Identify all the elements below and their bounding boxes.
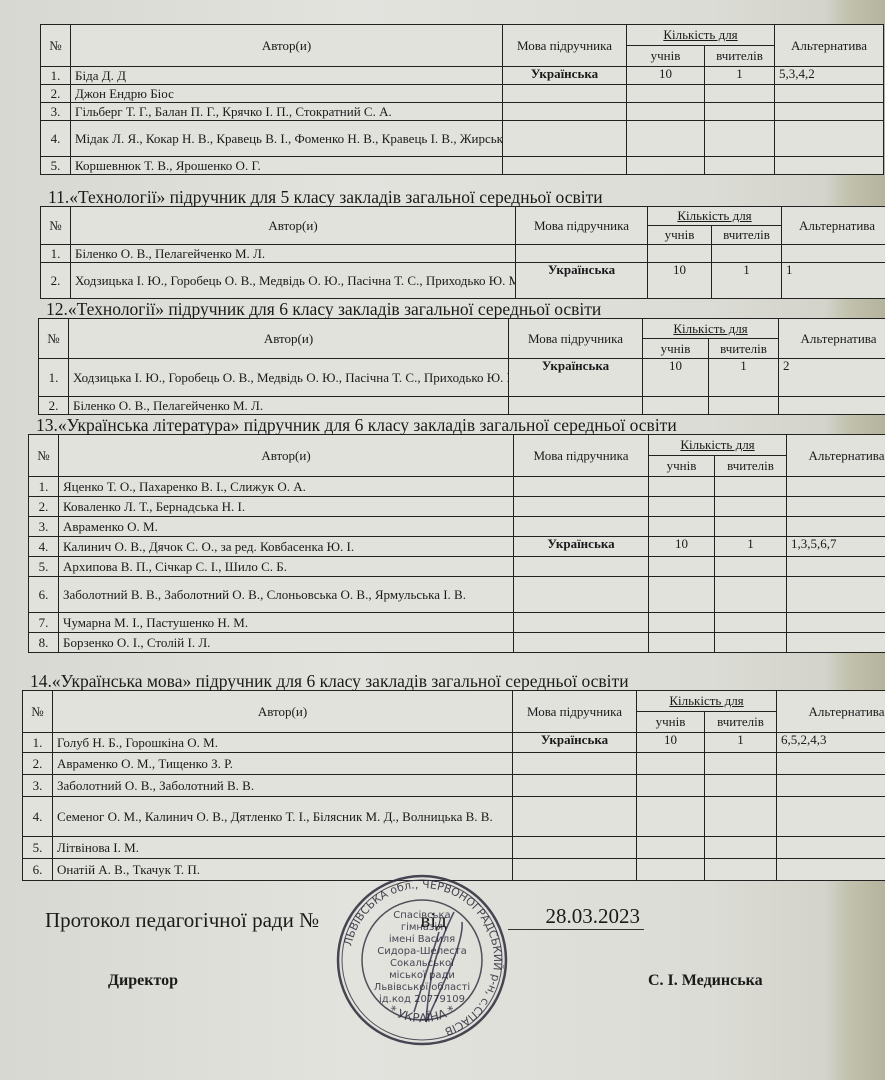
header-num: №: [23, 691, 53, 733]
header-quantity: Кількість для: [627, 25, 775, 46]
header-alternative: Альтернатива: [775, 25, 884, 67]
header-alternative: Альтернатива: [782, 207, 885, 245]
row-authors: Заболотний О. В., Заболотний В. В.: [53, 775, 513, 797]
row-students-count: 10: [627, 67, 705, 85]
row-students-count: [649, 577, 715, 613]
row-authors: Коршевнюк Т. В., Ярошенко О. Г.: [71, 157, 503, 175]
header-quantity: Кількість для: [648, 207, 782, 226]
row-authors: Мідак Л. Я., Кокар Н. В., Кравець В. І.,…: [71, 121, 503, 157]
row-alternative: [782, 245, 885, 263]
row-teachers-count: [715, 477, 787, 497]
row-language: [513, 797, 637, 837]
table-row: 1.Яценко Т. О., Пахаренко В. І., Слижук …: [29, 477, 885, 497]
header-row: №Автор(и)Мова підручникаКількість дляАль…: [23, 691, 885, 712]
table-row: 5.Літвінова І. М.: [23, 837, 885, 859]
row-teachers-count: [705, 797, 777, 837]
table-row: 5.Архипова В. П., Січкар С. І., Шило С. …: [29, 557, 885, 577]
header-language: Мова підручника: [513, 691, 637, 733]
header-alternative: Альтернатива: [787, 435, 885, 477]
row-students-count: [637, 775, 705, 797]
row-students-count: 10: [648, 263, 712, 299]
row-alternative: [775, 85, 884, 103]
header-students: учнів: [648, 226, 712, 245]
row-students-count: [637, 753, 705, 775]
section-title: 14.«Українська мова» підручник для 6 кла…: [30, 672, 885, 690]
row-language: Українська: [509, 359, 643, 397]
row-language: [514, 577, 649, 613]
row-teachers-count: [705, 85, 775, 103]
header-teachers: вчителів: [712, 226, 782, 245]
row-students-count: [643, 397, 709, 415]
row-alternative: [787, 557, 885, 577]
row-language: Українська: [513, 733, 637, 753]
row-number: 3.: [41, 103, 71, 121]
header-authors: Автор(и): [71, 207, 516, 245]
table-row: 1.Ходзицька І. Ю., Горобець О. В., Медві…: [39, 359, 885, 397]
header-teachers: вчителів: [709, 339, 779, 359]
table-row: 3.Авраменко О. М.: [29, 517, 885, 537]
row-alternative: [787, 633, 885, 653]
row-number: 4.: [41, 121, 71, 157]
textbook-section-3: 12.«Технології» підручник для 6 класу за…: [38, 300, 885, 415]
row-teachers-count: [705, 103, 775, 121]
textbook-section-2: 11.«Технології» підручник для 5 класу за…: [40, 188, 885, 299]
row-authors: Борзенко О. І., Столій І. Л.: [59, 633, 514, 653]
row-students-count: [649, 497, 715, 517]
row-authors: Калинич О. В., Дячок С. О., за ред. Ковб…: [59, 537, 514, 557]
protocol-date: 28.03.2023: [508, 904, 644, 930]
row-number: 3.: [29, 517, 59, 537]
row-students-count: [627, 85, 705, 103]
row-teachers-count: [705, 121, 775, 157]
row-teachers-count: [715, 613, 787, 633]
row-language: Українська: [514, 537, 649, 557]
header-teachers: вчителів: [705, 712, 777, 733]
svg-text:імені Василя: імені Василя: [389, 933, 455, 945]
row-alternative: [787, 577, 885, 613]
row-teachers-count: [705, 859, 777, 881]
row-students-count: 10: [649, 537, 715, 557]
row-alternative: 1: [782, 263, 885, 299]
table-row: 6.Заболотний В. В., Заболотний О. В., Сл…: [29, 577, 885, 613]
textbook-table: №Автор(и)Мова підручникаКількість дляАль…: [38, 318, 885, 415]
row-teachers-count: 1: [705, 733, 777, 753]
row-authors: Семеног О. М., Калинич О. В., Дятленко Т…: [53, 797, 513, 837]
row-students-count: 10: [637, 733, 705, 753]
section-title: 13.«Українська література» підручник для…: [36, 416, 885, 434]
row-teachers-count: [705, 775, 777, 797]
table-row: 3.Заболотний О. В., Заболотний В. В.: [23, 775, 885, 797]
row-students-count: [649, 517, 715, 537]
header-row: №Автор(и)Мова підручникаКількість дляАль…: [29, 435, 885, 456]
row-language: [516, 245, 648, 263]
row-alternative: [775, 157, 884, 175]
row-authors: Чумарна М. І., Пастушенко Н. М.: [59, 613, 514, 633]
table-row: 5.Коршевнюк Т. В., Ярошенко О. Г.: [41, 157, 884, 175]
row-alternative: [775, 103, 884, 121]
row-authors: Біда Д. Д: [71, 67, 503, 85]
row-teachers-count: 1: [709, 359, 779, 397]
row-number: 6.: [23, 859, 53, 881]
header-row: №Автор(и)Мова підручникаКількість дляАль…: [39, 319, 885, 339]
row-language: [514, 613, 649, 633]
table-row: 1.Голуб Н. Б., Горошкіна О. М.Українська…: [23, 733, 885, 753]
table-row: 1.Біда Д. ДУкраїнська1015,3,4,2: [41, 67, 884, 85]
row-alternative: [777, 797, 885, 837]
row-teachers-count: [705, 157, 775, 175]
row-teachers-count: [705, 753, 777, 775]
textbook-section-5: 14.«Українська мова» підручник для 6 кла…: [22, 672, 885, 881]
row-number: 1.: [29, 477, 59, 497]
textbook-section-4: 13.«Українська література» підручник для…: [28, 416, 885, 653]
row-alternative: 2: [779, 359, 885, 397]
row-language: [503, 121, 627, 157]
table-row: 4.Мідак Л. Я., Кокар Н. В., Кравець В. І…: [41, 121, 884, 157]
table-row: 8.Борзенко О. І., Столій І. Л.: [29, 633, 885, 653]
row-language: [514, 633, 649, 653]
row-number: 2.: [41, 263, 71, 299]
header-students: учнів: [643, 339, 709, 359]
textbook-table: №Автор(и)Мова підручникаКількість дляАль…: [22, 690, 885, 881]
row-language: [509, 397, 643, 415]
row-number: 1.: [23, 733, 53, 753]
row-students-count: [637, 797, 705, 837]
row-number: 2.: [23, 753, 53, 775]
school-stamp-icon: ЛЬВІВСЬКА обл., ЧЕРВОНОГРАДСЬКИЙ р-н, с.…: [334, 872, 510, 1048]
header-teachers: вчителів: [705, 46, 775, 67]
row-alternative: [775, 121, 884, 157]
header-students: учнів: [627, 46, 705, 67]
row-teachers-count: [715, 557, 787, 577]
row-number: 2.: [39, 397, 69, 415]
table-row: 2.Авраменко О. М., Тищенко З. Р.: [23, 753, 885, 775]
row-authors: Авраменко О. М., Тищенко З. Р.: [53, 753, 513, 775]
row-alternative: [777, 753, 885, 775]
row-language: [514, 497, 649, 517]
row-alternative: [787, 517, 885, 537]
row-teachers-count: [715, 517, 787, 537]
protocol-text: Протокол педагогічної ради №: [45, 908, 319, 932]
svg-text:ід.код 20779109: ід.код 20779109: [379, 993, 465, 1005]
row-number: 5.: [29, 557, 59, 577]
header-row: №Автор(и)Мова підручникаКількість дляАль…: [41, 207, 885, 226]
row-number: 7.: [29, 613, 59, 633]
row-authors: Ходзицька І. Ю., Горобець О. В., Медвідь…: [71, 263, 516, 299]
header-authors: Автор(и): [53, 691, 513, 733]
row-students-count: [649, 477, 715, 497]
row-alternative: [787, 477, 885, 497]
row-language: [513, 837, 637, 859]
textbook-table: №Автор(и)Мова підручникаКількість дляАль…: [28, 434, 885, 653]
header-num: №: [39, 319, 69, 359]
svg-text:гімназія: гімназія: [401, 921, 443, 933]
textbook-section-1: №Автор(и)Мова підручникаКількість дляАль…: [40, 24, 884, 175]
row-number: 4.: [29, 537, 59, 557]
row-alternative: 5,3,4,2: [775, 67, 884, 85]
row-language: [503, 157, 627, 175]
header-num: №: [29, 435, 59, 477]
row-students-count: [648, 245, 712, 263]
svg-text:Сидора-Шелеста: Сидора-Шелеста: [377, 946, 466, 957]
row-teachers-count: 1: [705, 67, 775, 85]
header-quantity: Кількість для: [643, 319, 779, 339]
row-students-count: [637, 837, 705, 859]
row-students-count: [649, 633, 715, 653]
row-number: 1.: [41, 67, 71, 85]
svg-text:Сокальської: Сокальської: [390, 958, 454, 969]
header-quantity: Кількість для: [637, 691, 777, 712]
header-alternative: Альтернатива: [777, 691, 885, 733]
row-language: Українська: [516, 263, 648, 299]
row-language: Українська: [503, 67, 627, 85]
header-authors: Автор(и): [69, 319, 509, 359]
svg-text:* УКРАЇНА *: * УКРАЇНА *: [387, 1003, 458, 1026]
row-authors: Біленко О. В., Пелагейченко М. Л.: [71, 245, 516, 263]
row-language: [513, 859, 637, 881]
row-teachers-count: [705, 837, 777, 859]
table-row: 2.Ходзицька І. Ю., Горобець О. В., Медві…: [41, 263, 885, 299]
table-row: 4.Калинич О. В., Дячок С. О., за ред. Ко…: [29, 537, 885, 557]
director-name: С. І. Мединська: [648, 972, 763, 990]
header-language: Мова підручника: [516, 207, 648, 245]
row-students-count: 10: [643, 359, 709, 397]
row-teachers-count: [712, 245, 782, 263]
row-students-count: [627, 157, 705, 175]
row-authors: Коваленко Л. Т., Бернадська Н. І.: [59, 497, 514, 517]
header-students: учнів: [637, 712, 705, 733]
row-teachers-count: 1: [715, 537, 787, 557]
row-language: [514, 477, 649, 497]
table-row: 4.Семеног О. М., Калинич О. В., Дятленко…: [23, 797, 885, 837]
row-number: 8.: [29, 633, 59, 653]
header-alternative: Альтернатива: [779, 319, 885, 359]
row-authors: Ходзицька І. Ю., Горобець О. В., Медвідь…: [69, 359, 509, 397]
row-students-count: [627, 121, 705, 157]
table-row: 1.Біленко О. В., Пелагейченко М. Л.: [41, 245, 885, 263]
header-quantity: Кількість для: [649, 435, 787, 456]
row-students-count: [627, 103, 705, 121]
row-alternative: [777, 775, 885, 797]
row-alternative: [777, 837, 885, 859]
textbook-table: №Автор(и)Мова підручникаКількість дляАль…: [40, 24, 884, 175]
row-language: [513, 775, 637, 797]
row-alternative: [779, 397, 885, 415]
header-authors: Автор(и): [71, 25, 503, 67]
row-alternative: 6,5,2,4,3: [777, 733, 885, 753]
row-language: [514, 517, 649, 537]
textbook-table: №Автор(и)Мова підручникаКількість дляАль…: [40, 206, 885, 299]
row-number: 4.: [23, 797, 53, 837]
row-alternative: [777, 859, 885, 881]
director-label: Директор: [108, 972, 178, 990]
table-row: 2.Коваленко Л. Т., Бернадська Н. І.: [29, 497, 885, 517]
row-teachers-count: 1: [712, 263, 782, 299]
row-authors: Авраменко О. М.: [59, 517, 514, 537]
section-title: 11.«Технології» підручник для 5 класу за…: [48, 188, 885, 206]
table-row: 2.Біленко О. В., Пелагейченко М. Л.: [39, 397, 885, 415]
header-teachers: вчителів: [715, 456, 787, 477]
table-row: 7.Чумарна М. І., Пастушенко Н. М.: [29, 613, 885, 633]
row-number: 5.: [23, 837, 53, 859]
header-authors: Автор(и): [59, 435, 514, 477]
row-language: [503, 103, 627, 121]
row-number: 5.: [41, 157, 71, 175]
header-language: Мова підручника: [509, 319, 643, 359]
row-teachers-count: [715, 633, 787, 653]
row-language: [503, 85, 627, 103]
row-authors: Голуб Н. Б., Горошкіна О. М.: [53, 733, 513, 753]
row-language: [514, 557, 649, 577]
row-alternative: [787, 613, 885, 633]
header-num: №: [41, 25, 71, 67]
section-title: 12.«Технології» підручник для 6 класу за…: [46, 300, 885, 318]
row-authors: Біленко О. В., Пелагейченко М. Л.: [69, 397, 509, 415]
row-alternative: 1,3,5,6,7: [787, 537, 885, 557]
header-language: Мова підручника: [514, 435, 649, 477]
row-students-count: [637, 859, 705, 881]
row-authors: Архипова В. П., Січкар С. І., Шило С. Б.: [59, 557, 514, 577]
row-authors: Літвінова І. М.: [53, 837, 513, 859]
row-number: 1.: [39, 359, 69, 397]
row-language: [513, 753, 637, 775]
row-teachers-count: [709, 397, 779, 415]
row-number: 3.: [23, 775, 53, 797]
row-alternative: [787, 497, 885, 517]
header-row: №Автор(и)Мова підручникаКількість дляАль…: [41, 25, 884, 46]
row-students-count: [649, 557, 715, 577]
header-num: №: [41, 207, 71, 245]
row-teachers-count: [715, 577, 787, 613]
table-row: 3.Гільберг Т. Г., Балан П. Г., Крячко І.…: [41, 103, 884, 121]
svg-text:Спасівська: Спасівська: [393, 909, 450, 921]
row-number: 2.: [41, 85, 71, 103]
row-number: 6.: [29, 577, 59, 613]
row-authors: Заболотний В. В., Заболотний О. В., Слон…: [59, 577, 514, 613]
row-authors: Джон Ендрю Біос: [71, 85, 503, 103]
row-authors: Яценко Т. О., Пахаренко В. І., Слижук О.…: [59, 477, 514, 497]
header-language: Мова підручника: [503, 25, 627, 67]
row-authors: Гільберг Т. Г., Балан П. Г., Крячко І. П…: [71, 103, 503, 121]
header-students: учнів: [649, 456, 715, 477]
table-row: 2.Джон Ендрю Біос: [41, 85, 884, 103]
row-students-count: [649, 613, 715, 633]
row-teachers-count: [715, 497, 787, 517]
row-number: 1.: [41, 245, 71, 263]
row-number: 2.: [29, 497, 59, 517]
